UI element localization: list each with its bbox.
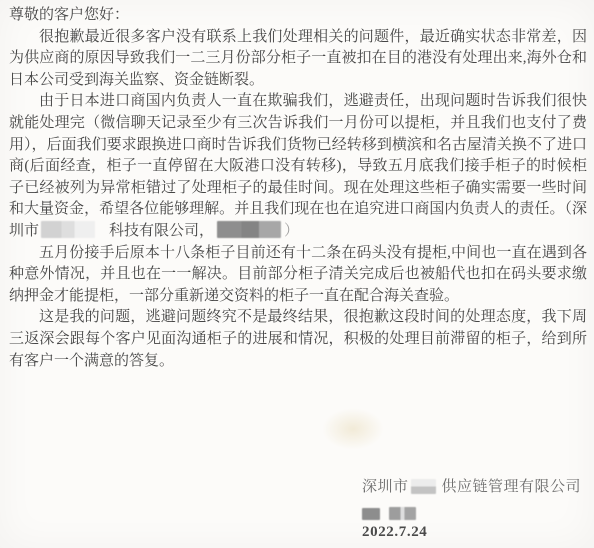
paper-stain [322, 408, 384, 450]
signature-block: 深圳市供应链管理有限公司 2022.7.24 [362, 477, 581, 542]
signature-name-line [362, 503, 581, 517]
redaction-signature-name-1 [362, 508, 380, 520]
paragraph-importer-issue-close-paren: ） [284, 223, 299, 239]
paragraph-container-status: 五月份接手后原本十八条柜子目前还有十二条在码头没有提柜,中间也一直在遇到各种意外… [9, 243, 587, 308]
paragraph-importer-issue-text: 由于日本进口商国内负责人一直在欺骗我们，逃避责任，出现问题时告诉我们很快就能处理… [9, 93, 587, 239]
redaction-person-name-inline [217, 221, 281, 238]
redaction-company-name-inline [41, 221, 95, 238]
redaction-signature-company [411, 479, 436, 494]
signature-company-prefix: 深圳市 [362, 479, 409, 495]
letter-photo: 尊敬的客户您好： 很抱歉最近很多客户没有联系上我们处理相关的问题件，最近确实状态… [0, 0, 594, 548]
signature-date: 2022.7.24 [362, 522, 581, 542]
paragraph-apology-overview: 很抱歉最近很多客户没有联系上我们处理相关的问题件，最近确实状态非常差，因为供应商… [9, 27, 587, 92]
signature-company-suffix: 供应链管理有限公司 [442, 479, 582, 495]
paragraph-commitment: 这是我的问题，逃避问题终究不是最终结果，很抱歉这段时间的处理态度，我下周三返深会… [9, 307, 587, 372]
paragraph-importer-issue-company-suffix: 科技有限公司， [109, 223, 214, 239]
paragraph-importer-issue: 由于日本进口商国内负责人一直在欺骗我们，逃避责任，出现问题时告诉我们很快就能处理… [9, 91, 587, 242]
letter-body: 尊敬的客户您好： 很抱歉最近很多客户没有联系上我们处理相关的问题件，最近确实状态… [9, 5, 587, 372]
redaction-signature-name-2 [389, 507, 416, 520]
greeting-line: 尊敬的客户您好： [9, 5, 587, 27]
signature-company-line: 深圳市供应链管理有限公司 [362, 477, 581, 497]
